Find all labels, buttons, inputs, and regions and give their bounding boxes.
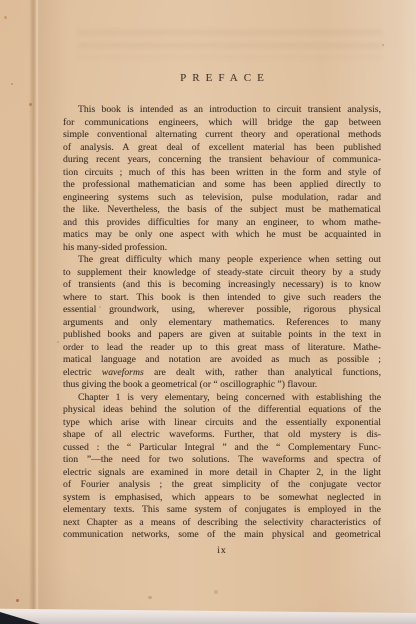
- text-line: electric signals are examined in more de…: [63, 467, 381, 480]
- text-line: of transients (and this is becoming incr…: [63, 279, 381, 292]
- showthrough-text-ghost: [78, 30, 382, 58]
- text-line: electric waveforms are dealt with, rathe…: [63, 367, 381, 380]
- text-line: communication networks, some of the main…: [63, 529, 381, 542]
- text-line: the professional mathematician and some …: [63, 179, 381, 192]
- text-line: type which arise with linear circuits an…: [63, 417, 381, 430]
- paper-speckle: [11, 83, 13, 85]
- gutter-highlight: [0, 0, 30, 613]
- text-line: engineering systems such as television, …: [63, 192, 381, 205]
- text-line: to supplement their knowledge of steady-…: [63, 267, 381, 280]
- paper-speckle: [57, 341, 59, 343]
- paper-speckle: [29, 103, 32, 106]
- text-line: cussed : the “ Particular Integral ” and…: [63, 442, 381, 455]
- text-line: tion circuits ; much of this has been wr…: [63, 167, 381, 180]
- text-line: Chapter 1 is very elementary, being conc…: [63, 392, 381, 405]
- text-line: simple conventional alternating current …: [63, 129, 381, 142]
- preface-text: PREFACE This book is intended as an intr…: [63, 71, 381, 557]
- text-line: thus giving the book a geometrical (or “…: [63, 379, 381, 392]
- paper-speckle: [214, 590, 218, 594]
- page-number: ix: [63, 545, 381, 558]
- paper-speckle: [4, 16, 7, 19]
- paper-speckle: [16, 599, 19, 602]
- text-line: matical language and notation are avoide…: [63, 354, 381, 367]
- text-line: arguments and only elementary mathematic…: [63, 317, 381, 330]
- text-line: This book is intended as an introduction…: [63, 104, 381, 117]
- text-line: the like. Nevertheless, the basis of the…: [63, 204, 381, 217]
- book-page: PREFACE This book is intended as an intr…: [0, 0, 416, 613]
- text-line: system is emphasised, which appears to b…: [63, 492, 381, 505]
- text-line: his many-sided profession.: [63, 242, 381, 255]
- text-line: physical ideas behind the solution of th…: [63, 404, 381, 417]
- text-line: tion ”—the need for two solutions. The w…: [63, 454, 381, 467]
- text-line: shape of all electric waveforms. Further…: [63, 429, 381, 442]
- text-line: elementary texts. This same system of co…: [63, 504, 381, 517]
- text-line: for communications engineers, which will…: [63, 117, 381, 130]
- text-line: next Chapter as a means of describing th…: [63, 517, 381, 530]
- text-line: matics may be only one aspect with which…: [63, 229, 381, 242]
- text-line: of analysis. A great deal of excellent m…: [63, 142, 381, 155]
- text-line: of Fourier analysis ; the great simplici…: [63, 479, 381, 492]
- book-page-photo: PREFACE This book is intended as an intr…: [0, 0, 416, 624]
- text-line: and this provides difficulties for many …: [63, 217, 381, 230]
- text-line: where to start. This book is then intend…: [63, 292, 381, 305]
- text-line: The great difficulty which many people e…: [63, 254, 381, 267]
- text-line: during recent years, concerning the tran…: [63, 154, 381, 167]
- preface-paragraphs: This book is intended as an introduction…: [63, 104, 381, 542]
- text-line: essential groundwork, using, wherever po…: [63, 304, 381, 317]
- text-line: order to lead the reader up to this grea…: [63, 342, 381, 355]
- paper-speckle: [148, 596, 152, 599]
- text-line: published books and papers are given at …: [63, 329, 381, 342]
- paper-speckle: [382, 44, 384, 46]
- preface-title: PREFACE: [63, 71, 381, 85]
